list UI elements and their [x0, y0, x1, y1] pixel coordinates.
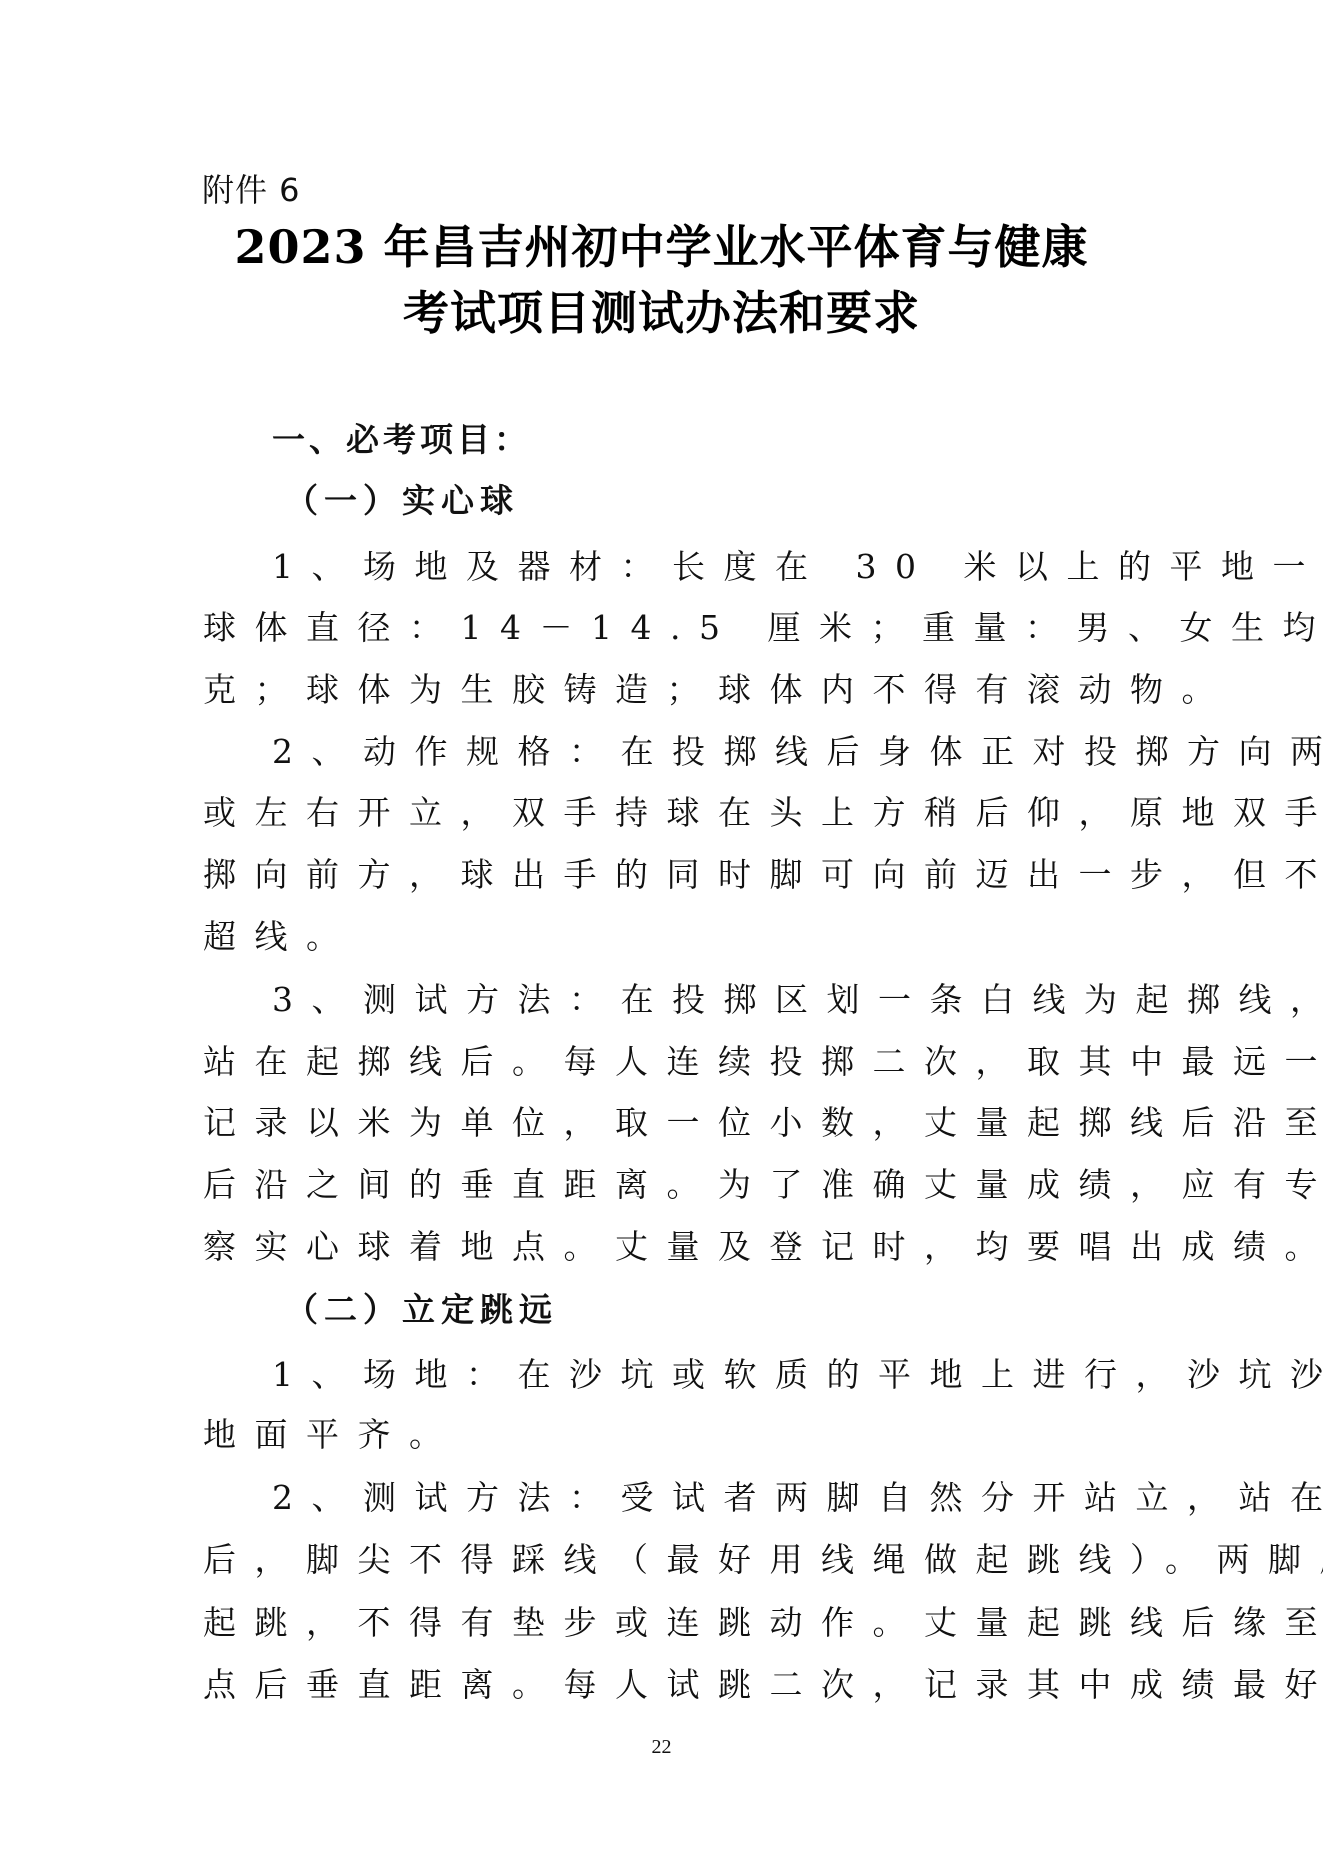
paragraph-line: 克；球体为生胶铸造；球体内不得有滚动物。: [203, 659, 1123, 721]
page-number: 22: [0, 1735, 1323, 1759]
paragraph-line: 起跳，不得有垫步或连跳动作。丈量起跳线后缘至最近着地: [203, 1592, 1123, 1654]
paragraph-line: 察实心球着地点。丈量及登记时，均要唱出成绩。: [203, 1216, 1123, 1278]
document-title-line-1: 2023 年昌吉州初中学业水平体育与健康: [0, 217, 1323, 277]
paragraph-line: 后沿之间的垂直距离。为了准确丈量成绩，应有专人负责观: [203, 1154, 1123, 1216]
paragraph-line: 记录以米为单位，取一位小数，丈量起掷线后沿至球着地点: [203, 1092, 1123, 1154]
paragraph-line: 3、测试方法：在投掷区划一条白线为起掷线，受试者: [272, 969, 1192, 1031]
document-title-line-2: 考试项目测试办法和要求: [0, 283, 1323, 343]
paragraph-line: 1、场地：在沙坑或软质的平地上进行，沙坑沙面应与: [272, 1344, 1192, 1406]
paragraph-line: 超线。: [203, 906, 1123, 968]
document-page: 附件 6 2023 年昌吉州初中学业水平体育与健康 考试项目测试办法和要求 一、…: [0, 0, 1323, 1871]
paragraph-line: 站在起掷线后。每人连续投掷二次，取其中最远一次成绩。: [203, 1031, 1123, 1093]
paragraph-line: 球体直径：14－14.5 厘米；重量：男、女生均为 2 公斤±20: [203, 597, 1123, 659]
paragraph-line: 1、场地及器材：长度在 30 米以上的平地一块。实心球: [272, 536, 1192, 598]
subsection-heading-standing-long-jump: （二）立定跳远: [285, 1279, 1205, 1341]
paragraph-line: 点后垂直距离。每人试跳二次，记录其中成绩最好一次（二: [203, 1654, 1123, 1716]
paragraph-line: 掷向前方，球出手的同时脚可向前迈出一步，但不得踩线和: [203, 844, 1123, 906]
annex-label: 附件 6: [202, 170, 301, 210]
paragraph-line: 2、测试方法：受试者两脚自然分开站立，站在起跳线: [272, 1467, 1192, 1529]
subsection-heading-medicine-ball: （一）实心球: [285, 470, 1205, 532]
paragraph-line: 2、动作规格：在投掷线后身体正对投掷方向两脚前后: [272, 721, 1192, 783]
paragraph-line: 或左右开立，双手持球在头上方稍后仰，原地双手用力把球: [203, 782, 1123, 844]
paragraph-line: 地面平齐。: [203, 1404, 1123, 1466]
paragraph-line: 后，脚尖不得踩线（最好用线绳做起跳线）。两脚原地同时: [203, 1529, 1123, 1591]
section-heading-required-items: 一、必考项目：: [272, 409, 1192, 471]
